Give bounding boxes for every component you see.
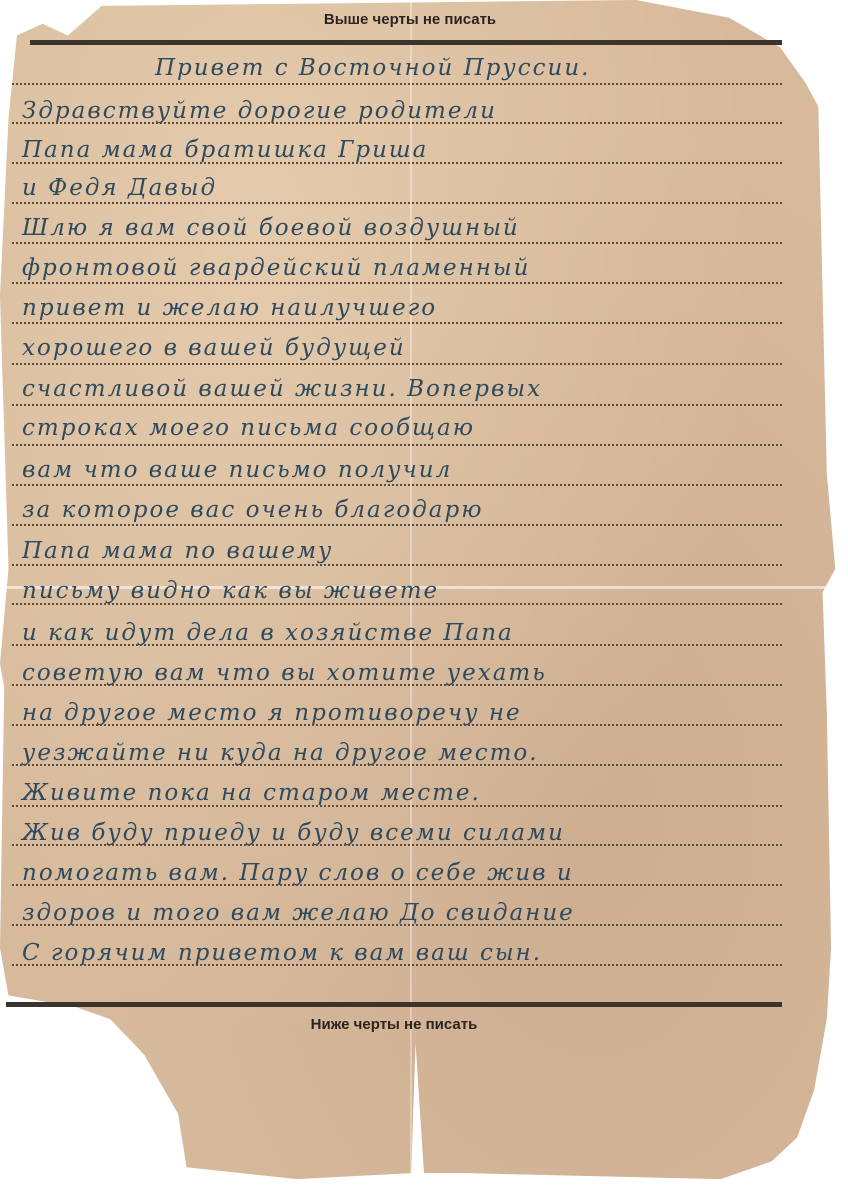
letter-line: письму видно как вы живете — [22, 578, 822, 604]
printed-header: Выше черты не писать — [0, 11, 820, 28]
letter-line: помогать вам. Пару слов о себе жив и — [22, 860, 822, 886]
letter-title: Привет с Восточной Пруссии. — [155, 55, 848, 81]
ruled-line — [12, 363, 782, 365]
ruled-line — [12, 322, 782, 324]
letter-line: С горячим приветом к вам ваш сын. — [22, 940, 822, 966]
ruled-line — [12, 764, 782, 766]
letter-line: хорошего в вашей будущей — [22, 335, 822, 361]
ruled-line — [12, 404, 782, 406]
letter-line: счастливой вашей жизни. Вопервых — [22, 376, 822, 402]
letter-line: вам что ваше письмо получил — [22, 457, 822, 483]
ruled-line — [12, 684, 782, 686]
ruled-line — [12, 884, 782, 886]
ruled-line — [12, 924, 782, 926]
letter-line: здоров и того вам желаю До свидание — [22, 900, 822, 926]
letter-line: за которое вас очень благодарю — [22, 497, 822, 523]
ruled-line — [12, 964, 782, 966]
ruled-line — [12, 444, 782, 446]
letter-line: и Федя Давыд — [22, 175, 822, 201]
letter-line: строках моего письма сообщаю — [22, 415, 822, 441]
ruled-line — [12, 724, 782, 726]
ruled-line — [12, 122, 782, 124]
letter-line: на другое место я противоречу не — [22, 700, 822, 726]
letter-line: Живите пока на старом месте. — [22, 780, 822, 806]
letter-line: советую вам что вы хотите уехать — [22, 660, 822, 686]
letter-line: и как идут дела в хозяйстве Папа — [22, 620, 822, 646]
ruled-line — [12, 242, 782, 244]
letter-line: фронтовой гвардейский пламенный — [22, 255, 822, 281]
letter-line: Шлю я вам свой боевой воздушный — [22, 215, 822, 241]
letter-line: Папа мама по вашему — [22, 538, 822, 564]
ruled-line — [12, 162, 782, 164]
ruled-line — [12, 564, 782, 566]
letter-line: Здравствуйте дорогие родители — [22, 98, 822, 124]
ruled-line — [12, 83, 782, 85]
letter-line: Папа мама братишка Гриша — [22, 137, 822, 163]
letter-line: Жив буду приеду и буду всеми силами — [22, 820, 822, 846]
ruled-line — [12, 644, 782, 646]
ruled-line — [12, 603, 782, 605]
ruled-line — [12, 202, 782, 204]
ruled-line — [12, 282, 782, 284]
top-rule — [30, 40, 782, 45]
letter-line: уезжайте ни куда на другое место. — [22, 740, 822, 766]
letter-line: привет и желаю наилучшего — [22, 295, 822, 321]
ruled-line — [12, 805, 782, 807]
bottom-rule — [6, 1002, 782, 1007]
printed-footer: Ниже черты не писать — [0, 1016, 788, 1033]
ruled-line — [12, 844, 782, 846]
ruled-line — [12, 484, 782, 486]
ruled-line — [12, 524, 782, 526]
